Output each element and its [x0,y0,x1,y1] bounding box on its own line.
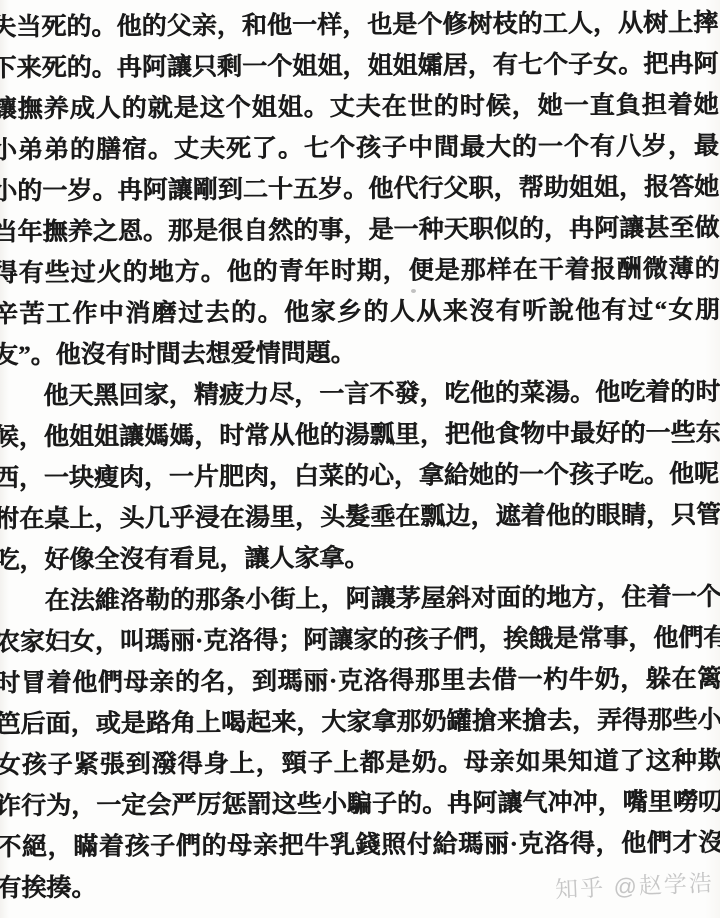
text-line: 西，一块瘦肉，一片肥肉，白菜的心，拿給她的一个孩子吃。他呢， [0,454,720,499]
text-line: 笆后面，或是路角上喝起来，大家拿那奶罐搶来搶去，弄得那些小 [0,700,720,745]
text-line: 吃，好像全沒有看見，讓人家拿。 [0,536,720,581]
scan-speck [411,289,416,293]
text-line: 友”。他沒有时間去想爱情問題。 [0,331,720,376]
page: 失当死的。他的父亲，和他一样，也是个修树枝的工人，从树上摔 下来死的。冉阿讓只剩… [0,0,720,918]
text-block: 失当死的。他的父亲，和他一样，也是个修树枝的工人，从树上摔 下来死的。冉阿讓只剩… [0,3,720,909]
text-line: 时冒着他們母亲的名，到瑪丽·克洛得那里去借一杓牛奶，躲在篱 [0,659,720,704]
text-line: 在法維洛勒的那条小街上，阿讓茅屋斜对面的地方，住着一个 [0,577,720,622]
text-line: 诈行为，一定会严厉惩罰这些小騙子的。冉阿讓气冲冲，嘴里嘮叨 [0,782,720,827]
text-line: 小的一岁。冉阿讓剛到二十五岁。他代行父职，帮助姐姐，报答她 [0,167,719,212]
text-line: 候，他姐姐讓媽媽，时常从他的湯瓢里，把他食物中最好的一些东 [0,413,720,458]
text-line: 拊在桌上，头几乎浸在湯里，头髮埀在瓢边，遮着他的眼睛，只管 [0,495,720,540]
text-line: 他天黑回家，精疲力尽，一言不發，吃他的菜湯。他吃着的时 [0,372,720,417]
text-line: 女孩子紧張到潑得身上，頸子上都是奶。母亲如果知道了这种欺 [0,741,720,786]
watermark: 知乎 @赵学浩 [555,865,715,905]
text-line: 辛苦工作中消磨过去的。他家乡的人从来沒有听說他有过“女朋 [0,290,720,335]
text-line: 小弟弟的膳宿。丈夫死了。七个孩子中間最大的一个有八岁，最 [0,126,719,171]
text-line: 讓撫养成人的就是这个姐姐。丈夫在世的时候，她一直負担着她 [0,85,719,130]
text-line: 失当死的。他的父亲，和他一样，也是个修树枝的工人，从树上摔 [0,3,718,48]
text-line: 农家妇女，叫瑪丽·克洛得；阿讓家的孩子們，挨餓是常事，他們有 [0,618,720,663]
text-line: 得有些过火的地方。他的青年时期，便是那样在干着报酬微薄的 [0,249,720,294]
text-line: 不絕，瞞着孩子們的母亲把牛乳錢照付給瑪丽·克洛得，他們才沒 [0,823,720,868]
text-line: 下来死的。冉阿讓只剩一个姐姐，姐姐孀居，有七个子女。把冉阿 [0,44,718,89]
text-line: 当年撫养之恩。那是很自然的事，是一种天职似的，冉阿讓甚至做 [0,208,719,253]
